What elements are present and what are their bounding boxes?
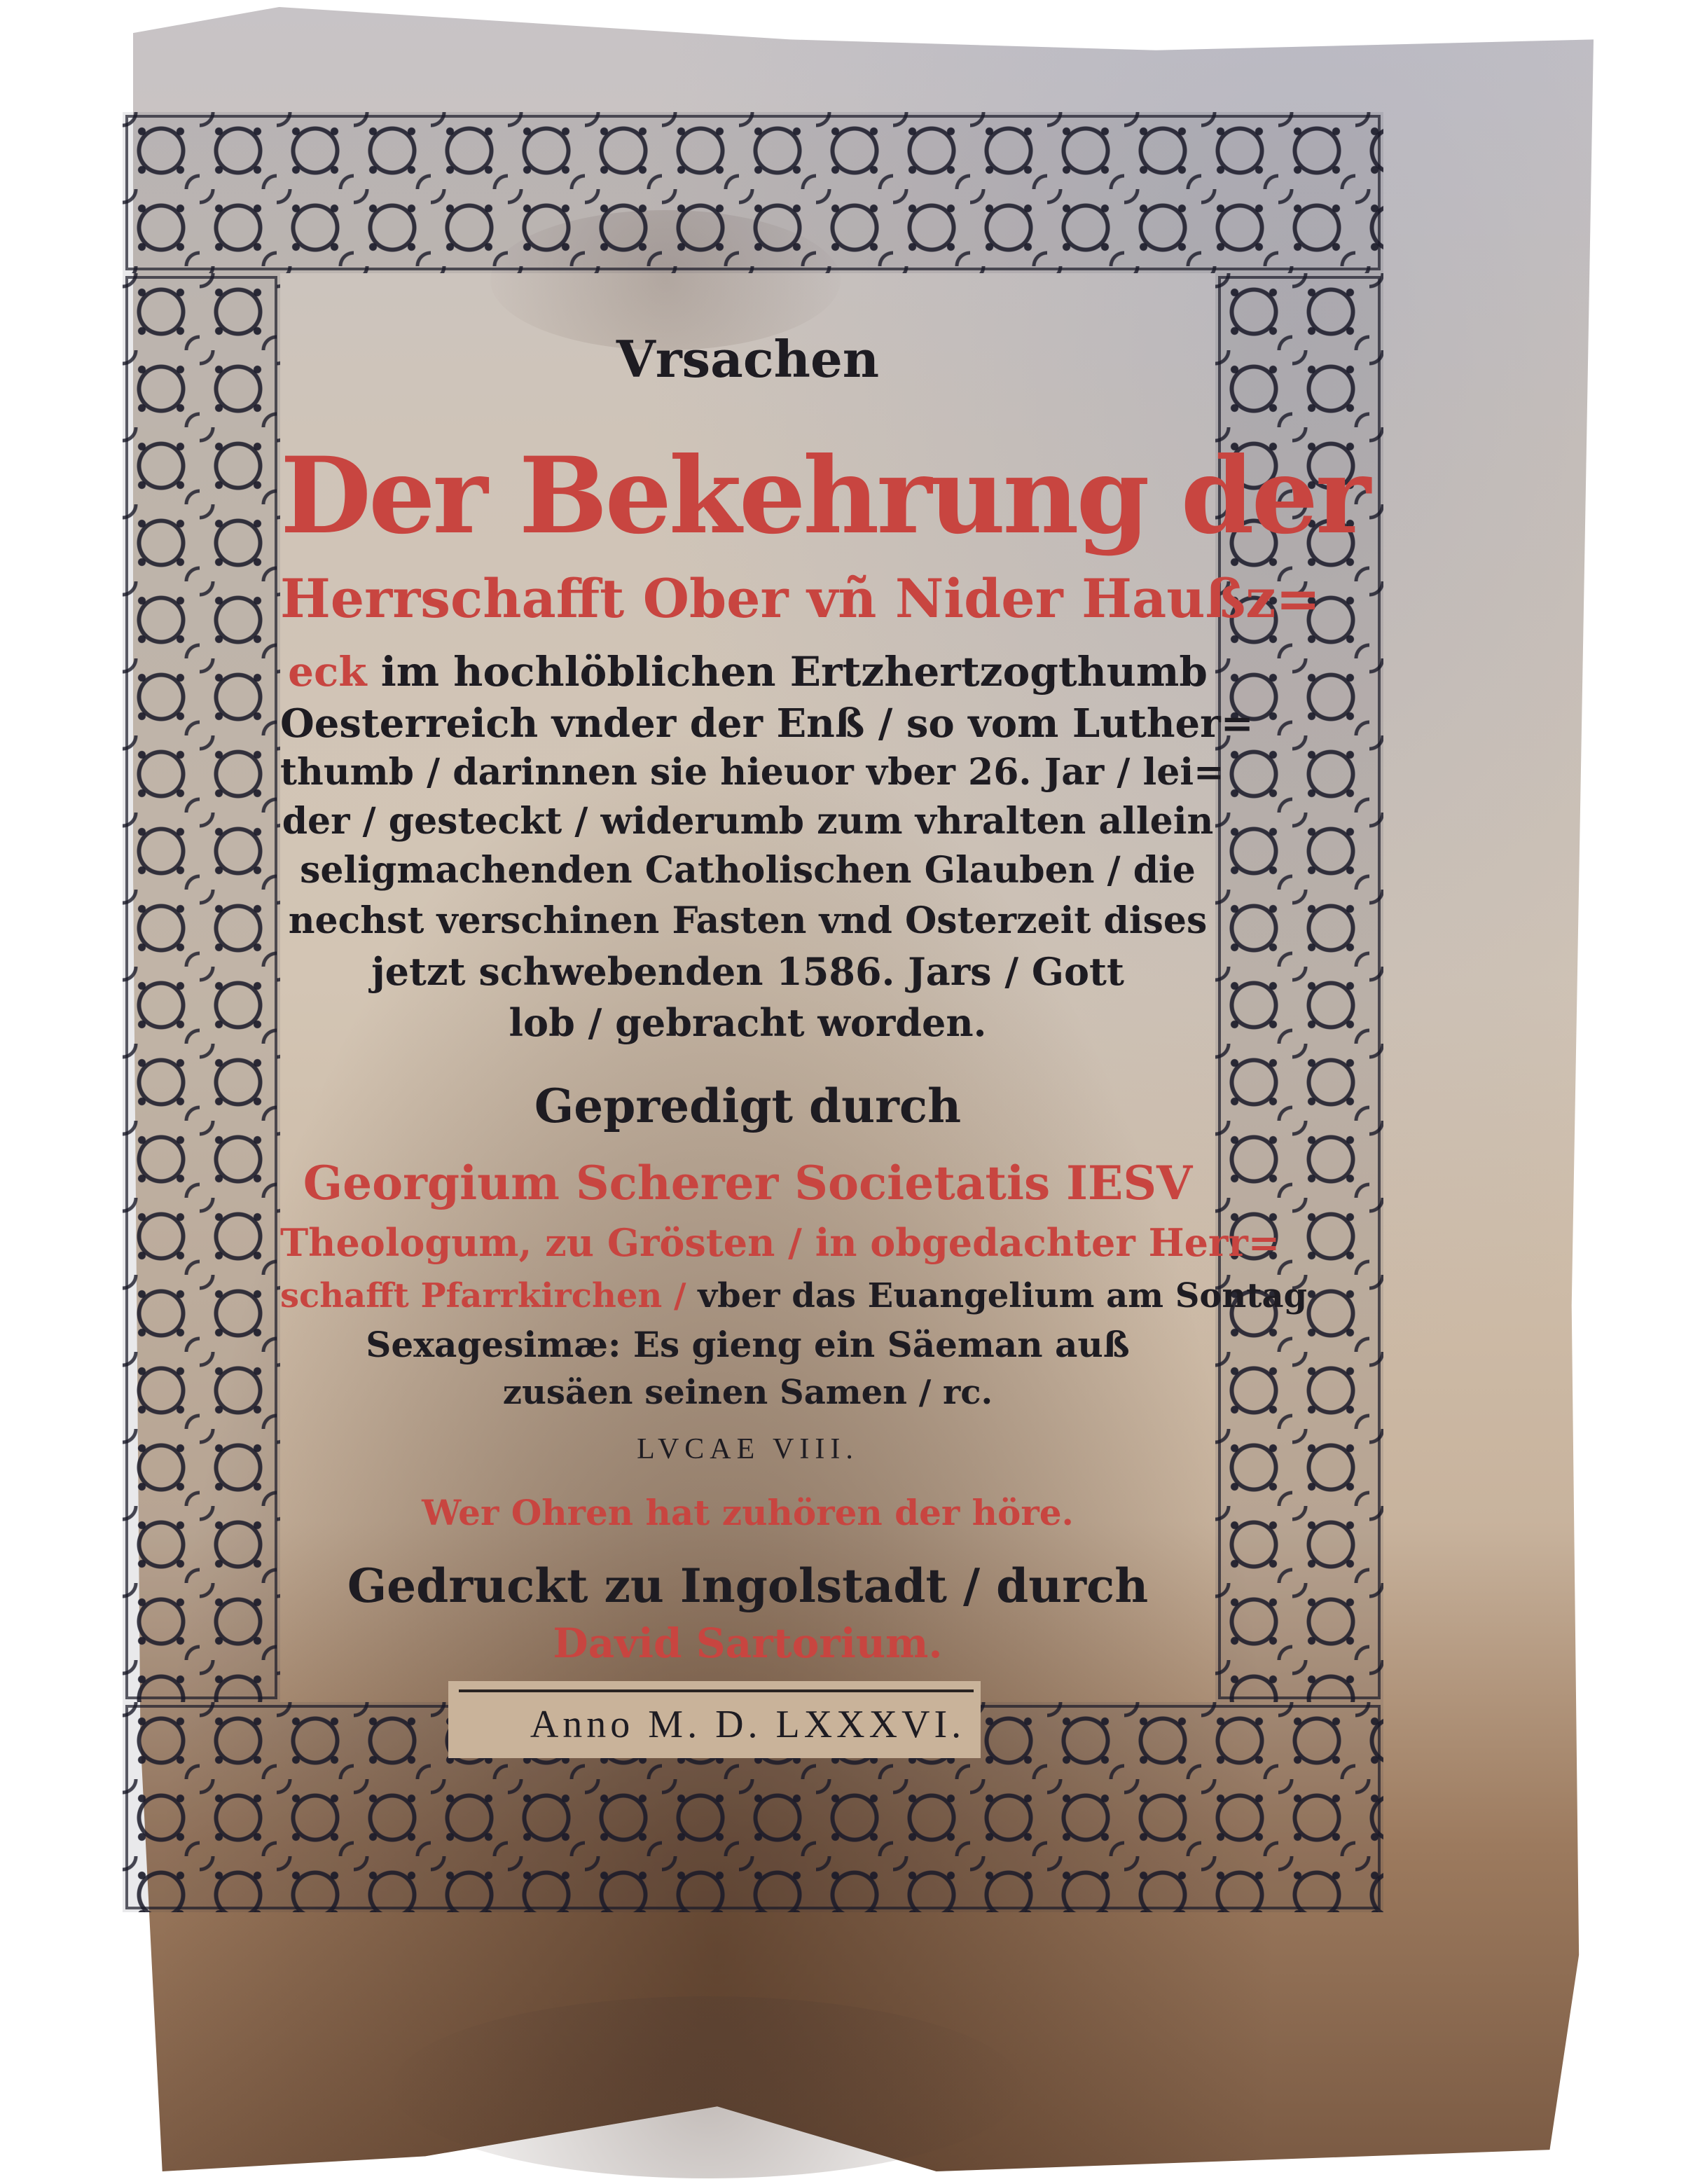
imprint-year: Anno M. D. LXXXVI. <box>280 1702 1215 1747</box>
title-eck-black: im hochlöblichen Ertzhertzogthumb <box>367 648 1208 696</box>
title-line-seligmachenden: seligmachenden Catholischen Glauben / di… <box>280 849 1215 892</box>
author-name: Georgium Scherer Societatis IESV <box>280 1156 1215 1210</box>
author-role: Theologum, zu Grösten / in obgedachter H… <box>280 1220 1215 1265</box>
title-line-jetzt: jetzt schwebenden 1586. Jars / Gott <box>280 949 1215 994</box>
motto: Wer Ohren hat zuhören der höre. <box>280 1492 1215 1533</box>
title-main-red: Der Bekehrung der <box>280 434 1215 558</box>
title-line-nechst: nechst verschinen Fasten vnd Osterzeit d… <box>280 899 1215 942</box>
water-stain <box>392 1996 1023 2178</box>
parish-red: schafft Pfarrkirchen / <box>280 1276 686 1315</box>
title-line-eck: eck im hochlöblichen Ertzhertzogthumb <box>280 648 1215 696</box>
title-word-vrsachen: Vrsachen <box>280 329 1215 389</box>
divider-rule <box>459 1689 974 1692</box>
ornamental-border-top <box>123 112 1383 273</box>
gospel-line-1: Sexagesimæ: Es gieng ein Säeman auß <box>280 1324 1215 1365</box>
title-line-gottlob: lob / gebracht worden. <box>280 1000 1215 1045</box>
imprint-printer: David Sartorium. <box>280 1619 1215 1667</box>
title-line-gesteckt: der / gesteckt / widerumb zum vhralten a… <box>280 800 1215 843</box>
ornamental-border-left <box>123 273 280 1702</box>
title-herrschafft: Herrschafft Ober vñ Nider Haußz= <box>280 567 1215 630</box>
title-line-thumb: thumb / darinnen sie hieuor vber 26. Jar… <box>280 751 1215 794</box>
scripture-citation: LVCAE VIII. <box>280 1432 1215 1466</box>
title-line-oesterreich: Oesterreich vnder der Enß / so vom Luthe… <box>280 700 1215 747</box>
preached-by: Gepredigt durch <box>280 1079 1215 1133</box>
imprint-printed-at: Gedruckt zu Ingolstadt / durch <box>280 1558 1215 1613</box>
title-eck-red: eck <box>288 648 366 696</box>
gospel-line-2: zusäen seinen Samen / rc. <box>280 1373 1215 1412</box>
parish-line: schafft Pfarrkirchen / vber das Euangeli… <box>280 1276 1215 1315</box>
parish-black: vber das Euangelium am Sontag <box>686 1276 1308 1315</box>
